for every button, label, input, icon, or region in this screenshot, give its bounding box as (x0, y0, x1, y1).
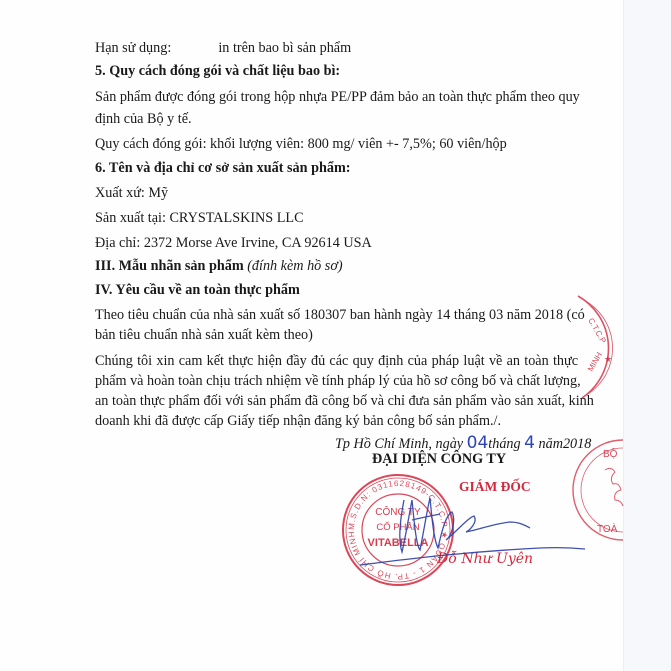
side-seal-top-text: BỘ (603, 447, 618, 460)
partial-seal-lower-icon: BỘ TOÀ (0, 0, 671, 671)
side-seal-bottom-text: TOÀ (597, 522, 618, 535)
